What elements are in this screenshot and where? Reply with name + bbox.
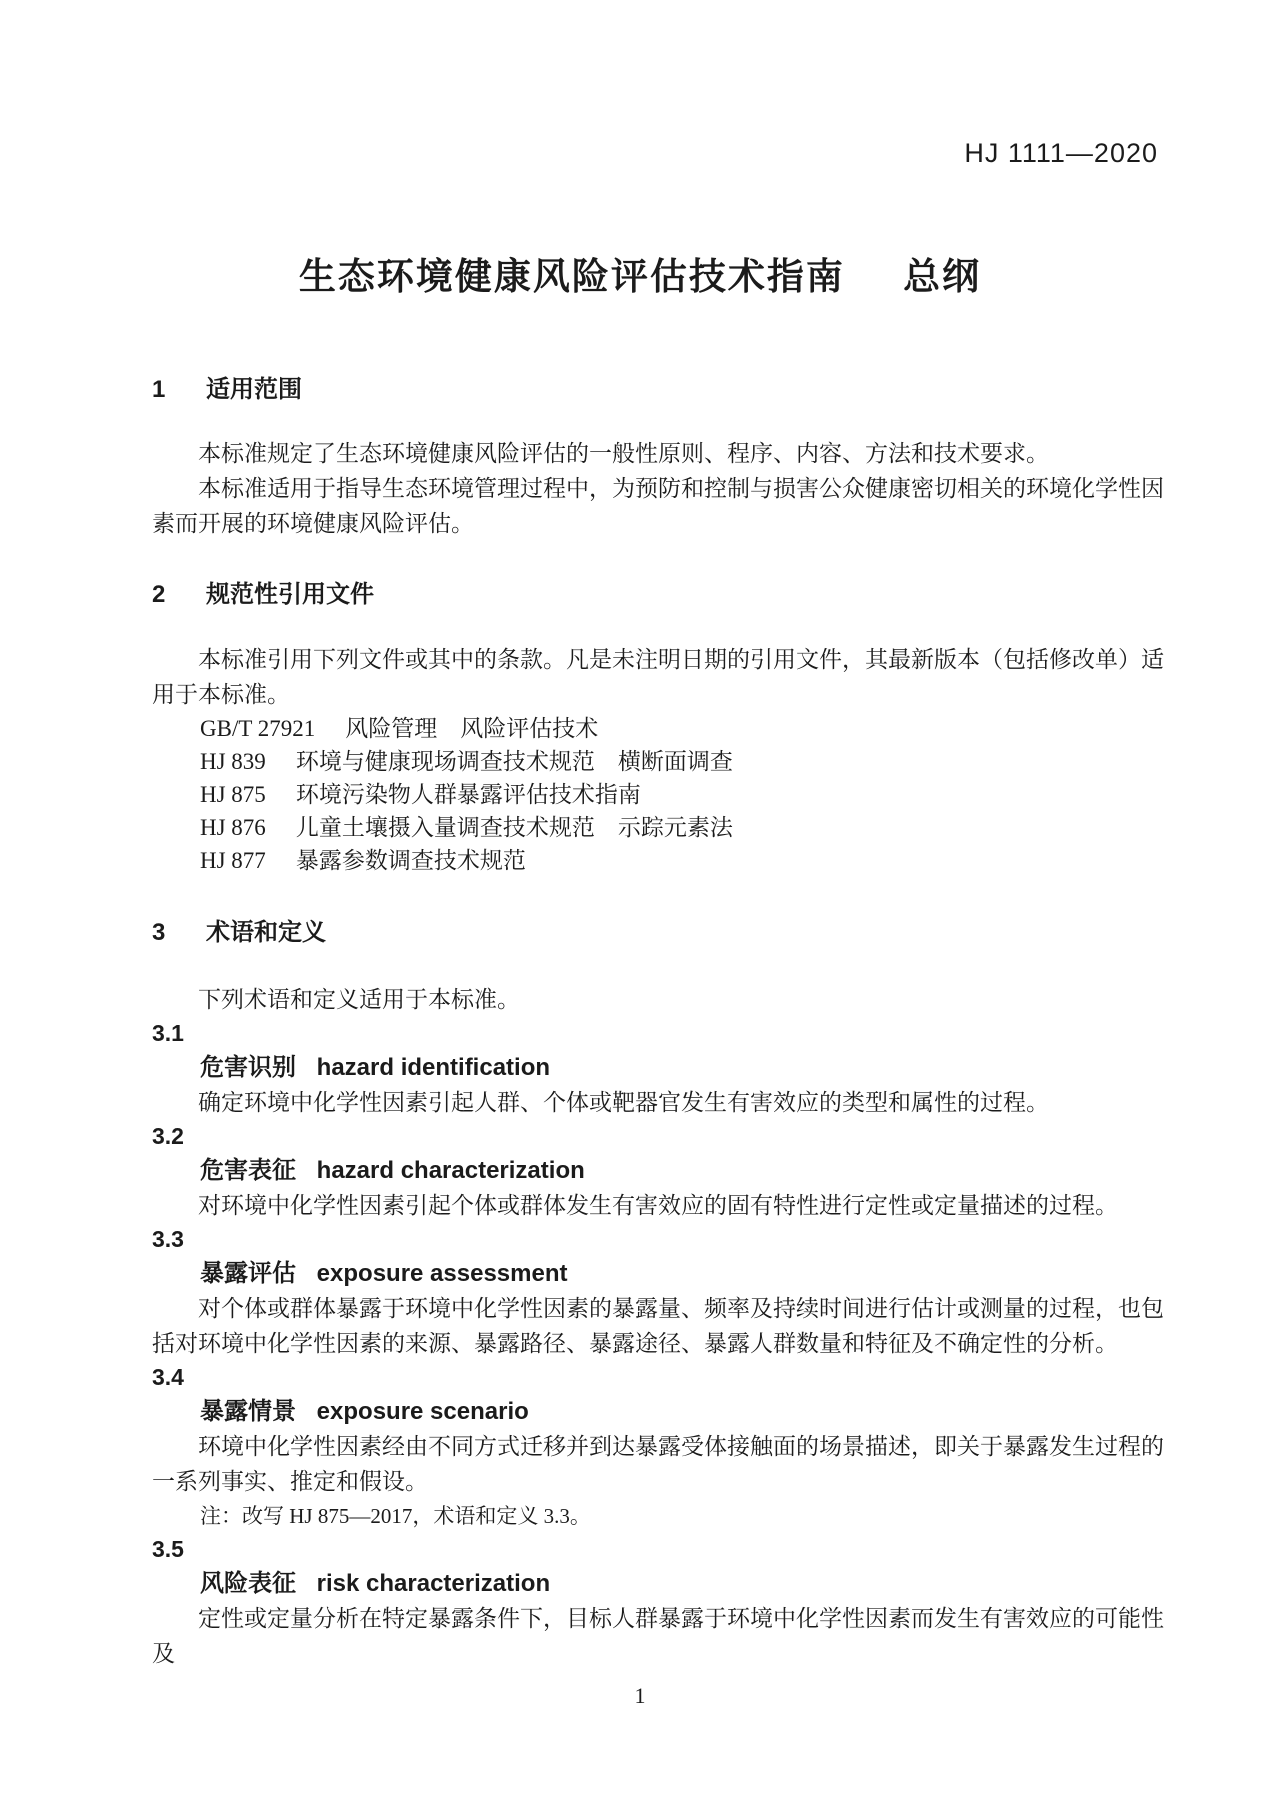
section-1-number: 1	[152, 375, 165, 405]
term-name-zh: 危害表征	[200, 1157, 296, 1184]
section-3-number: 3	[152, 918, 165, 948]
reference-code: HJ 877	[200, 844, 266, 877]
term-number: 3.1	[152, 1017, 1164, 1050]
section-1-heading: 1 适用范围	[152, 375, 1164, 405]
reference-list: GB/T 27921风险管理 风险评估技术 HJ 839环境与健康现场调查技术规…	[152, 712, 1164, 877]
term-number: 3.2	[152, 1120, 1164, 1153]
document-title-main: 生态环境健康风险评估技术指南	[299, 256, 845, 297]
term-name-zh: 暴露评估	[200, 1260, 296, 1287]
section-3-heading: 3 术语和定义	[152, 918, 1164, 948]
term-number: 3.3	[152, 1223, 1164, 1256]
section-2-title: 规范性引用文件	[206, 581, 374, 608]
term-block-3-4: 3.4 暴露情景 exposure scenario 环境中化学性因素经由不同方…	[152, 1361, 1164, 1533]
term-name-en: risk characterization	[317, 1570, 550, 1597]
reference-item: HJ 875环境污染物人群暴露评估技术指南	[200, 778, 1164, 811]
reference-code: GB/T 27921	[200, 712, 315, 745]
document-page: HJ 1111—2020 生态环境健康风险评估技术指南 总纲 1 适用范围 本标…	[0, 0, 1280, 1810]
section-1-paragraph: 本标准适用于指导生态环境管理过程中，为预防和控制与损害公众健康密切相关的环境化学…	[152, 471, 1164, 541]
section-2-heading: 2 规范性引用文件	[152, 580, 1164, 610]
term-definition: 对环境中化学性因素引起个体或群体发生有害效应的固有特性进行定性或定量描述的过程。	[152, 1188, 1164, 1223]
document-title: 生态环境健康风险评估技术指南 总纲	[0, 246, 1280, 300]
reference-title: 风险管理 风险评估技术	[345, 716, 598, 741]
term-heading: 风险表征 risk characterization	[200, 1566, 1164, 1601]
term-name-en: hazard identification	[317, 1054, 550, 1081]
document-body: 1 适用范围 本标准规定了生态环境健康风险评估的一般性原则、程序、内容、方法和技…	[152, 375, 1164, 1671]
standard-number: HJ 1111—2020	[964, 138, 1158, 169]
term-heading: 危害识别 hazard identification	[200, 1050, 1164, 1085]
reference-item: HJ 877暴露参数调查技术规范	[200, 844, 1164, 877]
document-title-suffix: 总纲	[903, 256, 981, 297]
term-heading: 暴露评估 exposure assessment	[200, 1256, 1164, 1291]
reference-item: HJ 839环境与健康现场调查技术规范 横断面调查	[200, 745, 1164, 778]
section-3-title: 术语和定义	[206, 919, 326, 946]
reference-item: HJ 876儿童土壤摄入量调查技术规范 示踪元素法	[200, 811, 1164, 844]
term-number: 3.4	[152, 1361, 1164, 1394]
term-name-en: exposure assessment	[317, 1260, 568, 1287]
reference-code: HJ 875	[200, 778, 266, 811]
section-2-paragraph: 本标准引用下列文件或其中的条款。凡是未注明日期的引用文件，其最新版本（包括修改单…	[152, 642, 1164, 712]
term-name-zh: 危害识别	[200, 1054, 296, 1081]
reference-code: HJ 839	[200, 745, 266, 778]
term-name-zh: 风险表征	[200, 1570, 296, 1597]
term-heading: 危害表征 hazard characterization	[200, 1153, 1164, 1188]
term-definition: 环境中化学性因素经由不同方式迁移并到达暴露受体接触面的场景描述，即关于暴露发生过…	[152, 1429, 1164, 1499]
term-definition: 对个体或群体暴露于环境中化学性因素的暴露量、频率及持续时间进行估计或测量的过程，…	[152, 1291, 1164, 1361]
section-1-paragraph: 本标准规定了生态环境健康风险评估的一般性原则、程序、内容、方法和技术要求。	[152, 436, 1164, 471]
page-number: 1	[0, 1683, 1280, 1709]
term-name-zh: 暴露情景	[200, 1398, 296, 1425]
term-block-3-1: 3.1 危害识别 hazard identification 确定环境中化学性因…	[152, 1017, 1164, 1120]
reference-title: 环境与健康现场调查技术规范 横断面调查	[296, 749, 733, 774]
term-definition: 定性或定量分析在特定暴露条件下，目标人群暴露于环境中化学性因素而发生有害效应的可…	[152, 1601, 1164, 1671]
reference-title: 环境污染物人群暴露评估技术指南	[296, 782, 641, 807]
term-note: 注：改写 HJ 875—2017，术语和定义 3.3。	[200, 1499, 1164, 1533]
reference-title: 儿童土壤摄入量调查技术规范 示踪元素法	[296, 815, 733, 840]
reference-title: 暴露参数调查技术规范	[296, 848, 526, 873]
section-3-intro: 下列术语和定义适用于本标准。	[152, 982, 1164, 1017]
term-definition: 确定环境中化学性因素引起人群、个体或靶器官发生有害效应的类型和属性的过程。	[152, 1085, 1164, 1120]
section-2-number: 2	[152, 580, 165, 610]
term-block-3-5: 3.5 风险表征 risk characterization 定性或定量分析在特…	[152, 1533, 1164, 1671]
section-1-title: 适用范围	[206, 376, 302, 403]
reference-item: GB/T 27921风险管理 风险评估技术	[200, 712, 1164, 745]
term-block-3-2: 3.2 危害表征 hazard characterization 对环境中化学性…	[152, 1120, 1164, 1223]
term-name-en: hazard characterization	[317, 1157, 585, 1184]
term-name-en: exposure scenario	[317, 1398, 529, 1425]
term-block-3-3: 3.3 暴露评估 exposure assessment 对个体或群体暴露于环境…	[152, 1223, 1164, 1361]
term-heading: 暴露情景 exposure scenario	[200, 1394, 1164, 1429]
term-number: 3.5	[152, 1533, 1164, 1566]
reference-code: HJ 876	[200, 811, 266, 844]
